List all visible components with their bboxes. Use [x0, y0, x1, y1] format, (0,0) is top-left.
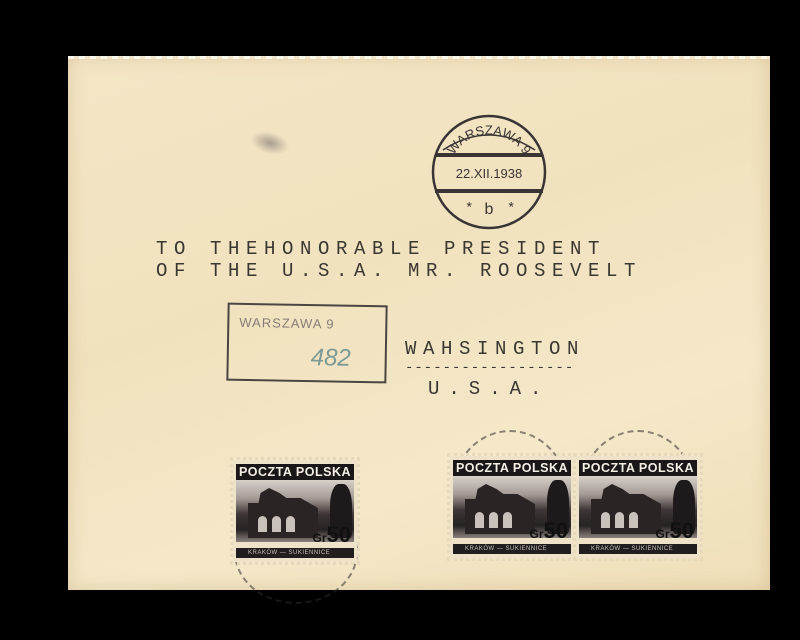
stamp-caption: KRAKÓW — SUKIENNICE	[236, 548, 354, 558]
stamp-value: Gr50	[656, 518, 695, 544]
postmark-date: 22.XII.1938	[456, 166, 523, 181]
stamp: POCZTA POLSKA Gr50 KRAKÓW — SUKIENNICE	[233, 460, 357, 562]
registration-office: WARSZAWA 9	[239, 315, 334, 332]
registration-number: 482	[310, 344, 351, 373]
stamp-caption: KRAKÓW — SUKIENNICE	[453, 544, 571, 554]
postmark-letter: b	[485, 201, 494, 218]
stamp: POCZTA POLSKA Gr50 KRAKÓW — SUKIENNICE	[576, 456, 700, 558]
postmark: WARSZAWA 9 22.XII.1938 b * *	[421, 110, 557, 234]
stamp-caption: KRAKÓW — SUKIENNICE	[579, 544, 697, 554]
address-underline: ------------------	[405, 360, 574, 376]
postmark-star-right: *	[507, 201, 515, 217]
stamp-header: POCZTA POLSKA	[579, 460, 697, 476]
address-city: WAHSINGTON	[405, 338, 585, 360]
address-country: U.S.A.	[428, 378, 550, 400]
stamp: POCZTA POLSKA Gr50 KRAKÓW — SUKIENNICE	[450, 456, 574, 558]
torn-top-edge	[68, 56, 770, 59]
stamp-value: Gr50	[313, 522, 352, 548]
address-line-1: TO THEHONORABLE PRESIDENT	[156, 238, 606, 260]
stamp-header: POCZTA POLSKA	[453, 460, 571, 476]
stamp-value: Gr50	[530, 518, 569, 544]
registration-label: WARSZAWA 9 482	[226, 303, 387, 384]
stamp-header: POCZTA POLSKA	[236, 464, 354, 480]
postmark-top-text: WARSZAWA 9	[444, 122, 534, 156]
postmark-star-left: *	[465, 201, 473, 217]
svg-text:WARSZAWA 9: WARSZAWA 9	[444, 122, 534, 156]
address-line-2: OF THE U.S.A. MR. ROOSEVELT	[156, 260, 642, 282]
